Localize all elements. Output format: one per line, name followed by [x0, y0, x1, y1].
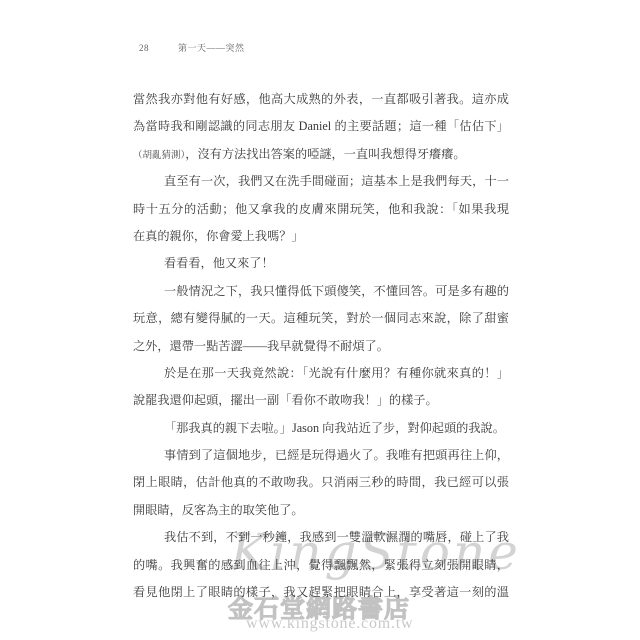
text-segment: 閉上眼睛，估計他真的不敢吻我。只消兩三秒的時間，我已經可以張	[133, 475, 509, 489]
text-line: 於是在那一天我竟然說：「光說有什麼用？有種你就來真的！」	[133, 360, 509, 387]
text-segment: 於是在那一天我竟然說：「光說有什麼用？有種你就來真的！」	[164, 366, 509, 380]
text-segment: 事情到了這個地步，已經是玩得過火了。我唯有把頭再往上仰，	[164, 448, 509, 462]
text-line: 說罷我還仰起頭，擺出一副「看你不敢吻我！」的樣子。	[133, 387, 509, 414]
text-segment: 直至有一次，我們又在洗手間碰面；這基本上是我們每天，十一	[164, 174, 509, 188]
text-segment: 說罷我還仰起頭，擺出一副「看你不敢吻我！」的樣子。	[133, 393, 438, 407]
text-segment: 在真的親你，你會愛上我嗎？」	[133, 229, 304, 243]
text-line: 直至有一次，我們又在洗手間碰面；這基本上是我們每天，十一	[133, 168, 509, 195]
kingstone-url-watermark: www.kingstone.com.tw	[246, 615, 413, 633]
text-segment: 之外，還帶一點苦澀——我早就覺得不耐煩了。	[133, 339, 389, 353]
text-line: 的嘴。我興奮的感到血往上沖，覺得飄飄然，緊張得立刻張開眼睛，	[133, 552, 509, 579]
text-line: 事情到了這個地步，已經是玩得過火了。我唯有把頭再往上仰，	[133, 442, 509, 469]
page-number: 28	[139, 43, 149, 53]
running-header: 28第一天——突然	[139, 41, 245, 54]
text-line: 看見他閉上了眼睛的樣子，我又趕緊把眼睛合上，享受著這一刻的溫	[133, 579, 509, 606]
body-text: 當然我亦對他有好感，他高大成熟的外表，一直都吸引著我。這亦成為當時我和剛認識的同…	[133, 86, 509, 606]
text-segment: 開眼睛，反客為主的取笑他了。	[133, 503, 304, 517]
text-segment: 當然我亦對他有好感，他高大成熟的外表，一直都吸引著我。這亦成	[133, 92, 509, 106]
text-line: 我估不到，不到一秒鐘，我感到一雙溫軟濕潤的嘴唇，碰上了我	[133, 524, 509, 551]
parenthetical-small-text: （胡亂猜測）	[133, 151, 185, 161]
text-line: 一般情況之下，我只懂得低下頭傻笑，不懂回答。可是多有趣的	[133, 278, 509, 305]
text-line: 時十五分的活動；他又拿我的皮膚來開玩笑，他和我說：「如果我現	[133, 196, 509, 223]
book-page-scan: 28第一天——突然 KingStone 金石堂網路書店 www.kingston…	[0, 0, 640, 640]
text-line: 「那我真的親下去啦。」Jason 向我站近了步，對仰起頭的我說。	[133, 415, 509, 442]
text-segment: 看見他閉上了眼睛的樣子，我又趕緊把眼睛合上，享受著這一刻的溫	[133, 585, 509, 599]
text-line: 開眼睛，反客為主的取笑他了。	[133, 497, 509, 524]
text-line: 當然我亦對他有好感，他高大成熟的外表，一直都吸引著我。這亦成	[133, 86, 509, 113]
text-segment: 一般情況之下，我只懂得低下頭傻笑，不懂回答。可是多有趣的	[164, 284, 509, 298]
text-segment: 時十五分的活動；他又拿我的皮膚來開玩笑，他和我說：「如果我現	[133, 202, 509, 216]
text-line: 為當時我和剛認識的同志朋友 Daniel 的主要話題；這一種「估估下」	[133, 113, 509, 140]
text-line: 之外，還帶一點苦澀——我早就覺得不耐煩了。	[133, 333, 509, 360]
text-line: 閉上眼睛，估計他真的不敢吻我。只消兩三秒的時間，我已經可以張	[133, 469, 509, 496]
text-segment: 我估不到，不到一秒鐘，我感到一雙溫軟濕潤的嘴唇，碰上了我	[164, 530, 509, 544]
text-segment: 為當時我和剛認識的同志朋友 Daniel 的主要話題；這一種「估估下」	[133, 119, 509, 133]
text-line: 看看看，他又來了！	[133, 250, 509, 277]
text-segment: 「那我真的親下去啦。」Jason 向我站近了步，對仰起頭的我說。	[164, 421, 505, 435]
text-segment: ，沒有方法找出答案的啞謎，一直叫我想得牙癢癢。	[185, 147, 465, 161]
text-line: 在真的親你，你會愛上我嗎？」	[133, 223, 509, 250]
text-line: 玩意，總有變得膩的一天。這種玩笑，對於一個同志來說，除了甜蜜	[133, 305, 509, 332]
text-segment: 看看看，他又來了！	[164, 256, 274, 270]
text-segment: 的嘴。我興奮的感到血往上沖，覺得飄飄然，緊張得立刻張開眼睛，	[133, 558, 509, 572]
text-line: （胡亂猜測），沒有方法找出答案的啞謎，一直叫我想得牙癢癢。	[133, 141, 509, 168]
chapter-title: 第一天——突然	[178, 43, 245, 53]
text-segment: 玩意，總有變得膩的一天。這種玩笑，對於一個同志來說，除了甜蜜	[133, 311, 509, 325]
